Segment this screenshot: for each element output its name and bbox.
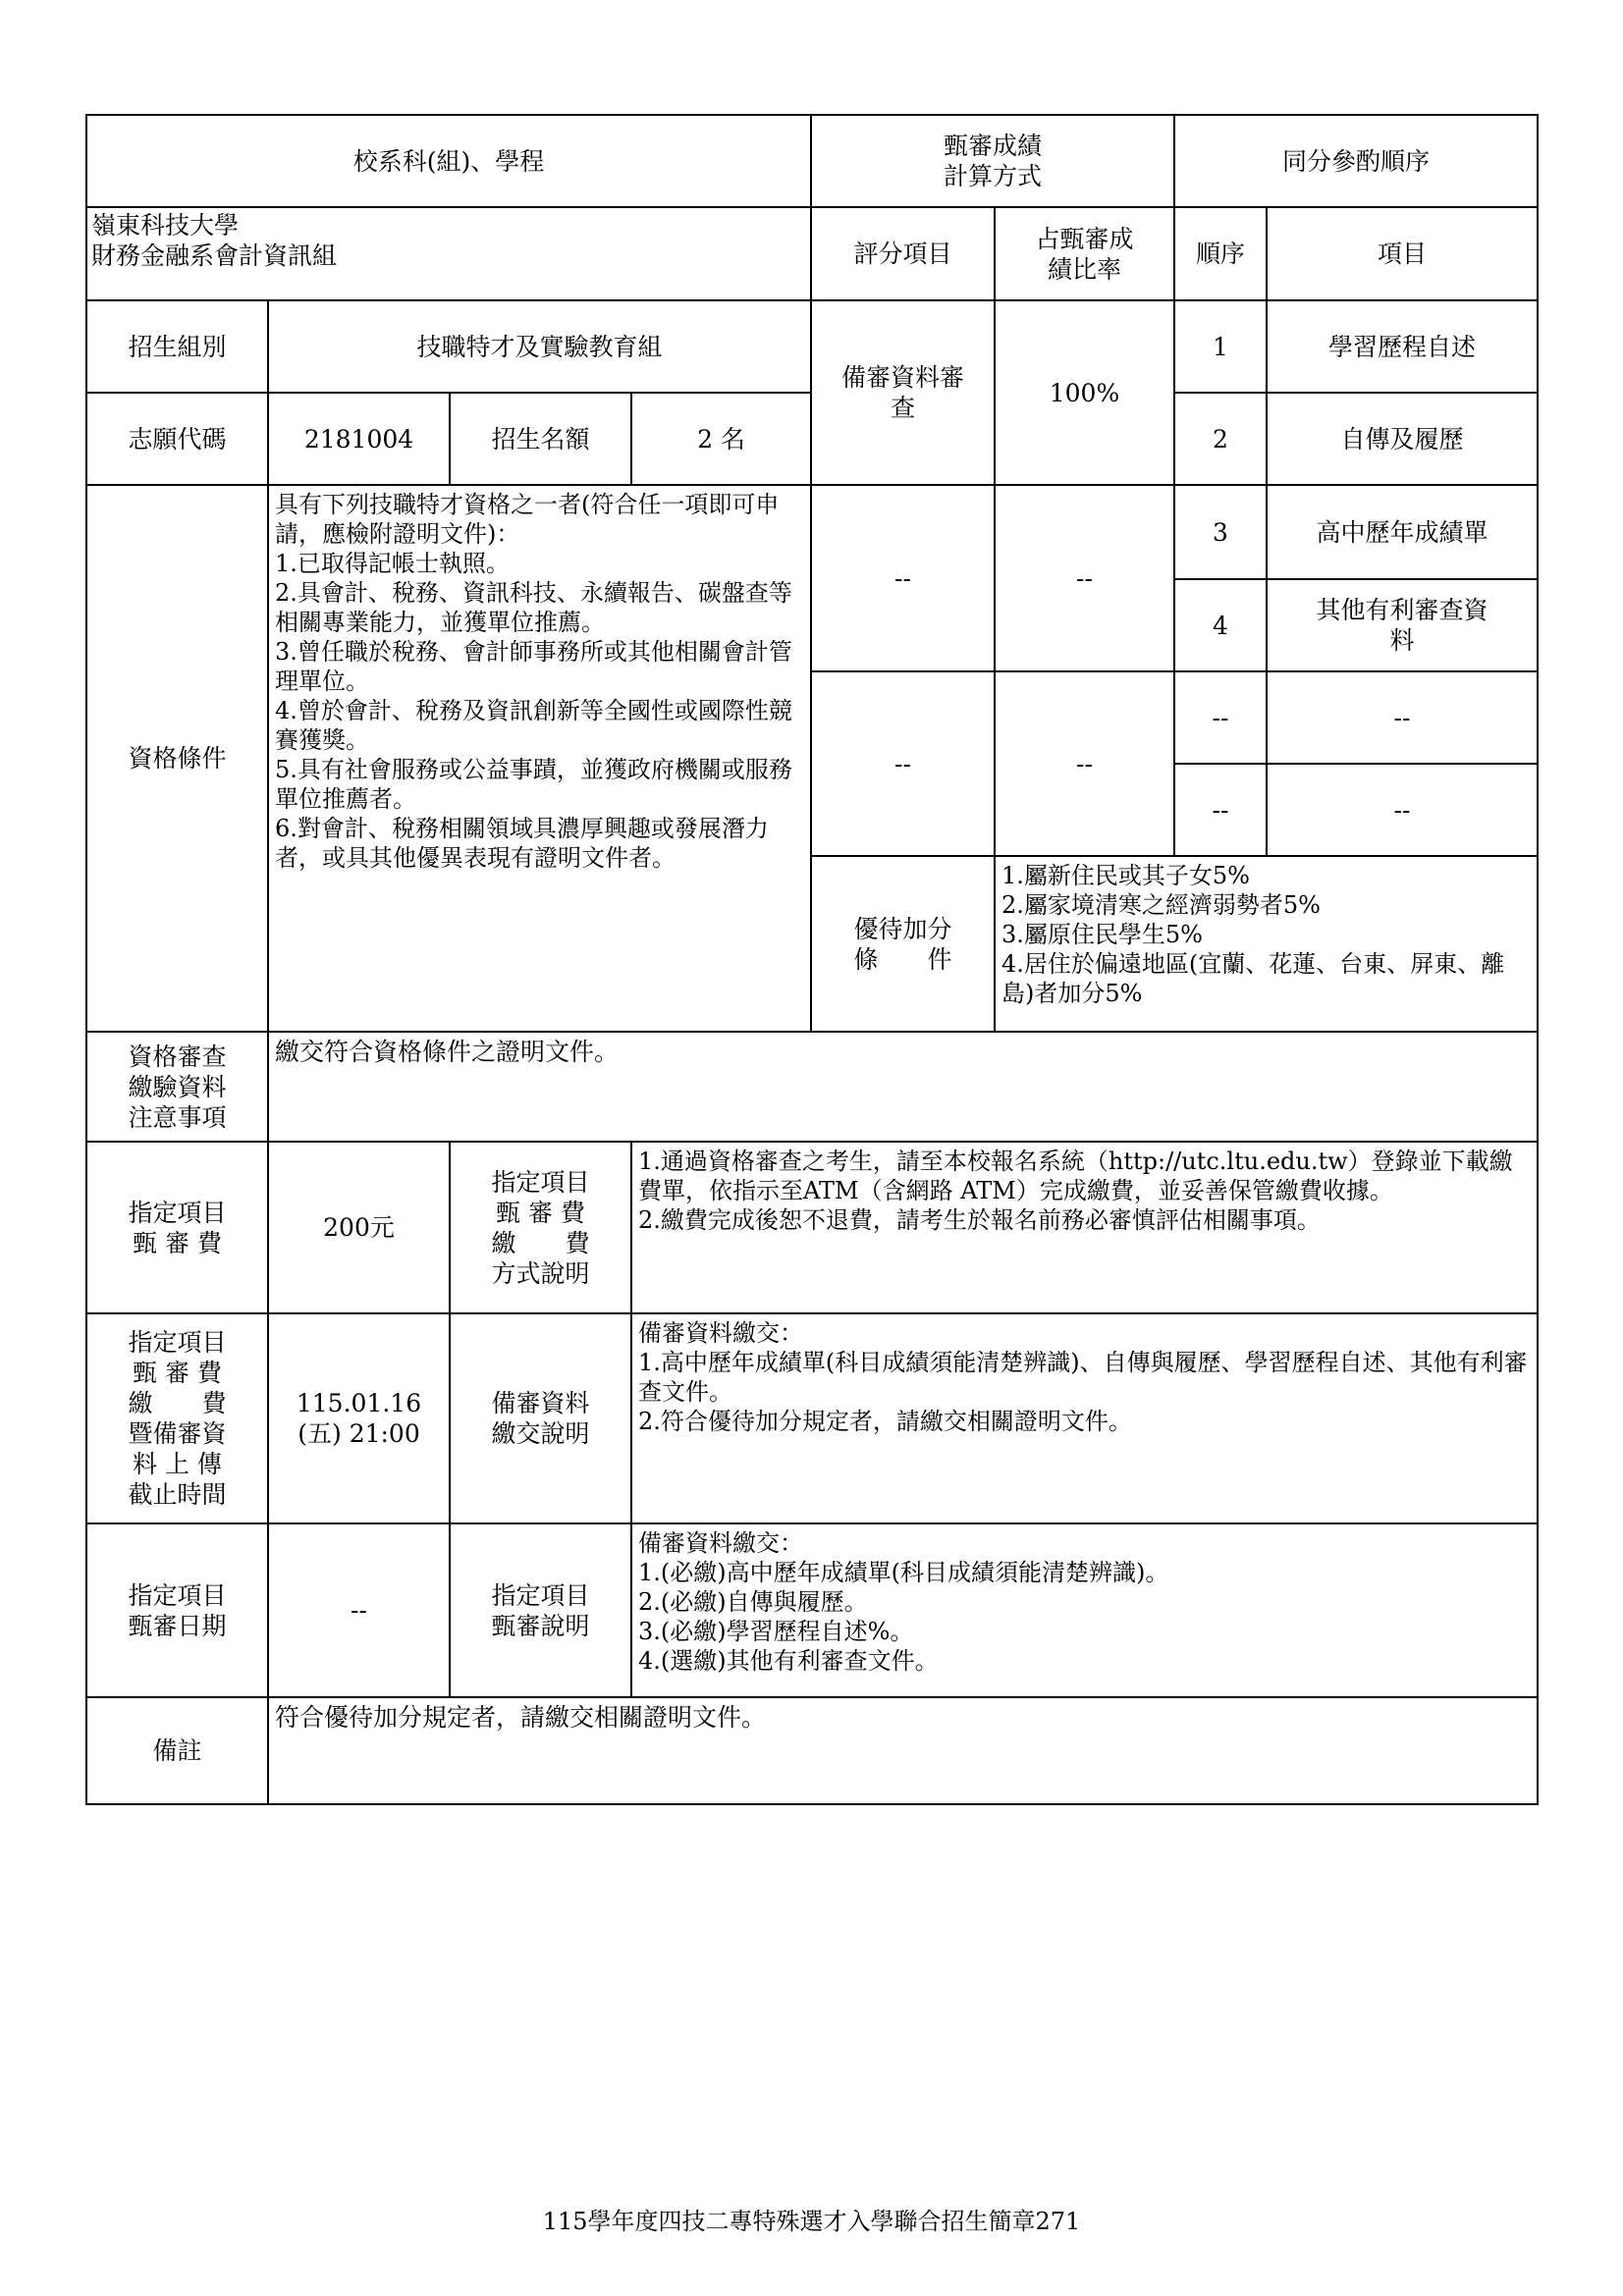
fee-method-label: 指定項目 甄 審 費 繳 費 方式說明 <box>451 1143 632 1314</box>
quota-value: 2 名 <box>632 394 812 486</box>
review-date-label: 指定項目 甄審日期 <box>87 1524 269 1698</box>
admission-table: 校系科(組)、學程 甄審成績 計算方式 同分參酌順序 嶺東科技大學 財務金融系會… <box>85 114 1539 1805</box>
bonus-label: 優待加分 條 件 <box>812 857 996 1033</box>
school-cell: 嶺東科技大學 財務金融系會計資訊組 <box>87 208 812 301</box>
tiebreak-item: 自傳及履歷 <box>1268 394 1539 486</box>
deadline-value: 115.01.16 (五) 21:00 <box>269 1314 451 1524</box>
tiebreak-order: -- <box>1175 765 1268 857</box>
scoring-ratio: -- <box>996 672 1175 857</box>
score-calc-heading: 甄審成績 計算方式 <box>812 116 1175 208</box>
tiebreak-order-header: 順序 <box>1175 208 1268 301</box>
review-desc-text: 備審資料繳交： 1.(必繳)高中歷年成績單(科目成績須能清楚辨識)。 2.(必繳… <box>632 1524 1539 1698</box>
fee-value: 200元 <box>269 1143 451 1314</box>
qualification-review-text: 繳交符合資格條件之證明文件。 <box>269 1033 1539 1143</box>
remarks-text: 符合優待加分規定者，請繳交相關證明文件。 <box>269 1698 1539 1805</box>
qualification-label: 資格條件 <box>87 486 269 1033</box>
review-desc-label: 指定項目 甄審說明 <box>451 1524 632 1698</box>
school-name: 嶺東科技大學 <box>91 210 239 240</box>
scoring-item: -- <box>812 672 996 857</box>
tiebreak-item: 高中歷年成績單 <box>1268 486 1539 580</box>
scoring-item: 備審資料審 查 <box>812 301 996 486</box>
choice-code-value: 2181004 <box>269 394 451 486</box>
department-name: 財務金融系會計資訊組 <box>91 240 337 271</box>
choice-code-label: 志願代碼 <box>87 394 269 486</box>
program-heading: 校系科(組)、學程 <box>87 116 812 208</box>
scoring-item: -- <box>812 486 996 672</box>
tiebreak-order: -- <box>1175 672 1268 765</box>
deadline-label: 指定項目 甄 審 費 繳 費 暨備審資 料 上 傳 截止時間 <box>87 1314 269 1524</box>
review-date-value: -- <box>269 1524 451 1698</box>
bonus-text: 1.屬新住民或其子女5% 2.屬家境清寒之經濟弱勢者5% 3.屬原住民學生5% … <box>996 857 1539 1033</box>
remarks-label: 備註 <box>87 1698 269 1805</box>
tiebreak-item: 其他有利審查資 料 <box>1268 580 1539 672</box>
upload-label: 備審資料 繳交說明 <box>451 1314 632 1524</box>
fee-label: 指定項目 甄 審 費 <box>87 1143 269 1314</box>
tiebreak-order: 1 <box>1175 301 1268 394</box>
scoring-ratio: 100% <box>996 301 1175 486</box>
upload-text: 備審資料繳交： 1.高中歷年成績單(科目成績須能清楚辨識)、自傳與履歷、學習歷程… <box>632 1314 1539 1524</box>
page-footer: 115學年度四技二專特殊選才入學聯合招生簡章271 <box>0 2207 1623 2236</box>
tiebreak-item-header: 項目 <box>1268 208 1539 301</box>
admission-group-label: 招生組別 <box>87 301 269 394</box>
quota-label: 招生名額 <box>451 394 632 486</box>
qualification-review-label: 資格審查 繳驗資料 注意事項 <box>87 1033 269 1143</box>
score-ratio-header: 占甄審成 績比率 <box>996 208 1175 301</box>
tiebreak-item: -- <box>1268 765 1539 857</box>
tiebreak-order: 3 <box>1175 486 1268 580</box>
fee-method-text: 1.通過資格審查之考生，請至本校報名系統（http://utc.ltu.edu.… <box>632 1143 1539 1314</box>
score-item-header: 評分項目 <box>812 208 996 301</box>
tiebreak-item: 學習歷程自述 <box>1268 301 1539 394</box>
scoring-ratio: -- <box>996 486 1175 672</box>
tiebreak-heading: 同分參酌順序 <box>1175 116 1539 208</box>
qualification-text: 具有下列技職特才資格之一者(符合任一項即可申請，應檢附證明文件)： 1.已取得記… <box>269 486 812 1033</box>
admission-group-value: 技職特才及實驗教育組 <box>269 301 812 394</box>
tiebreak-order: 4 <box>1175 580 1268 672</box>
tiebreak-order: 2 <box>1175 394 1268 486</box>
tiebreak-item: -- <box>1268 672 1539 765</box>
